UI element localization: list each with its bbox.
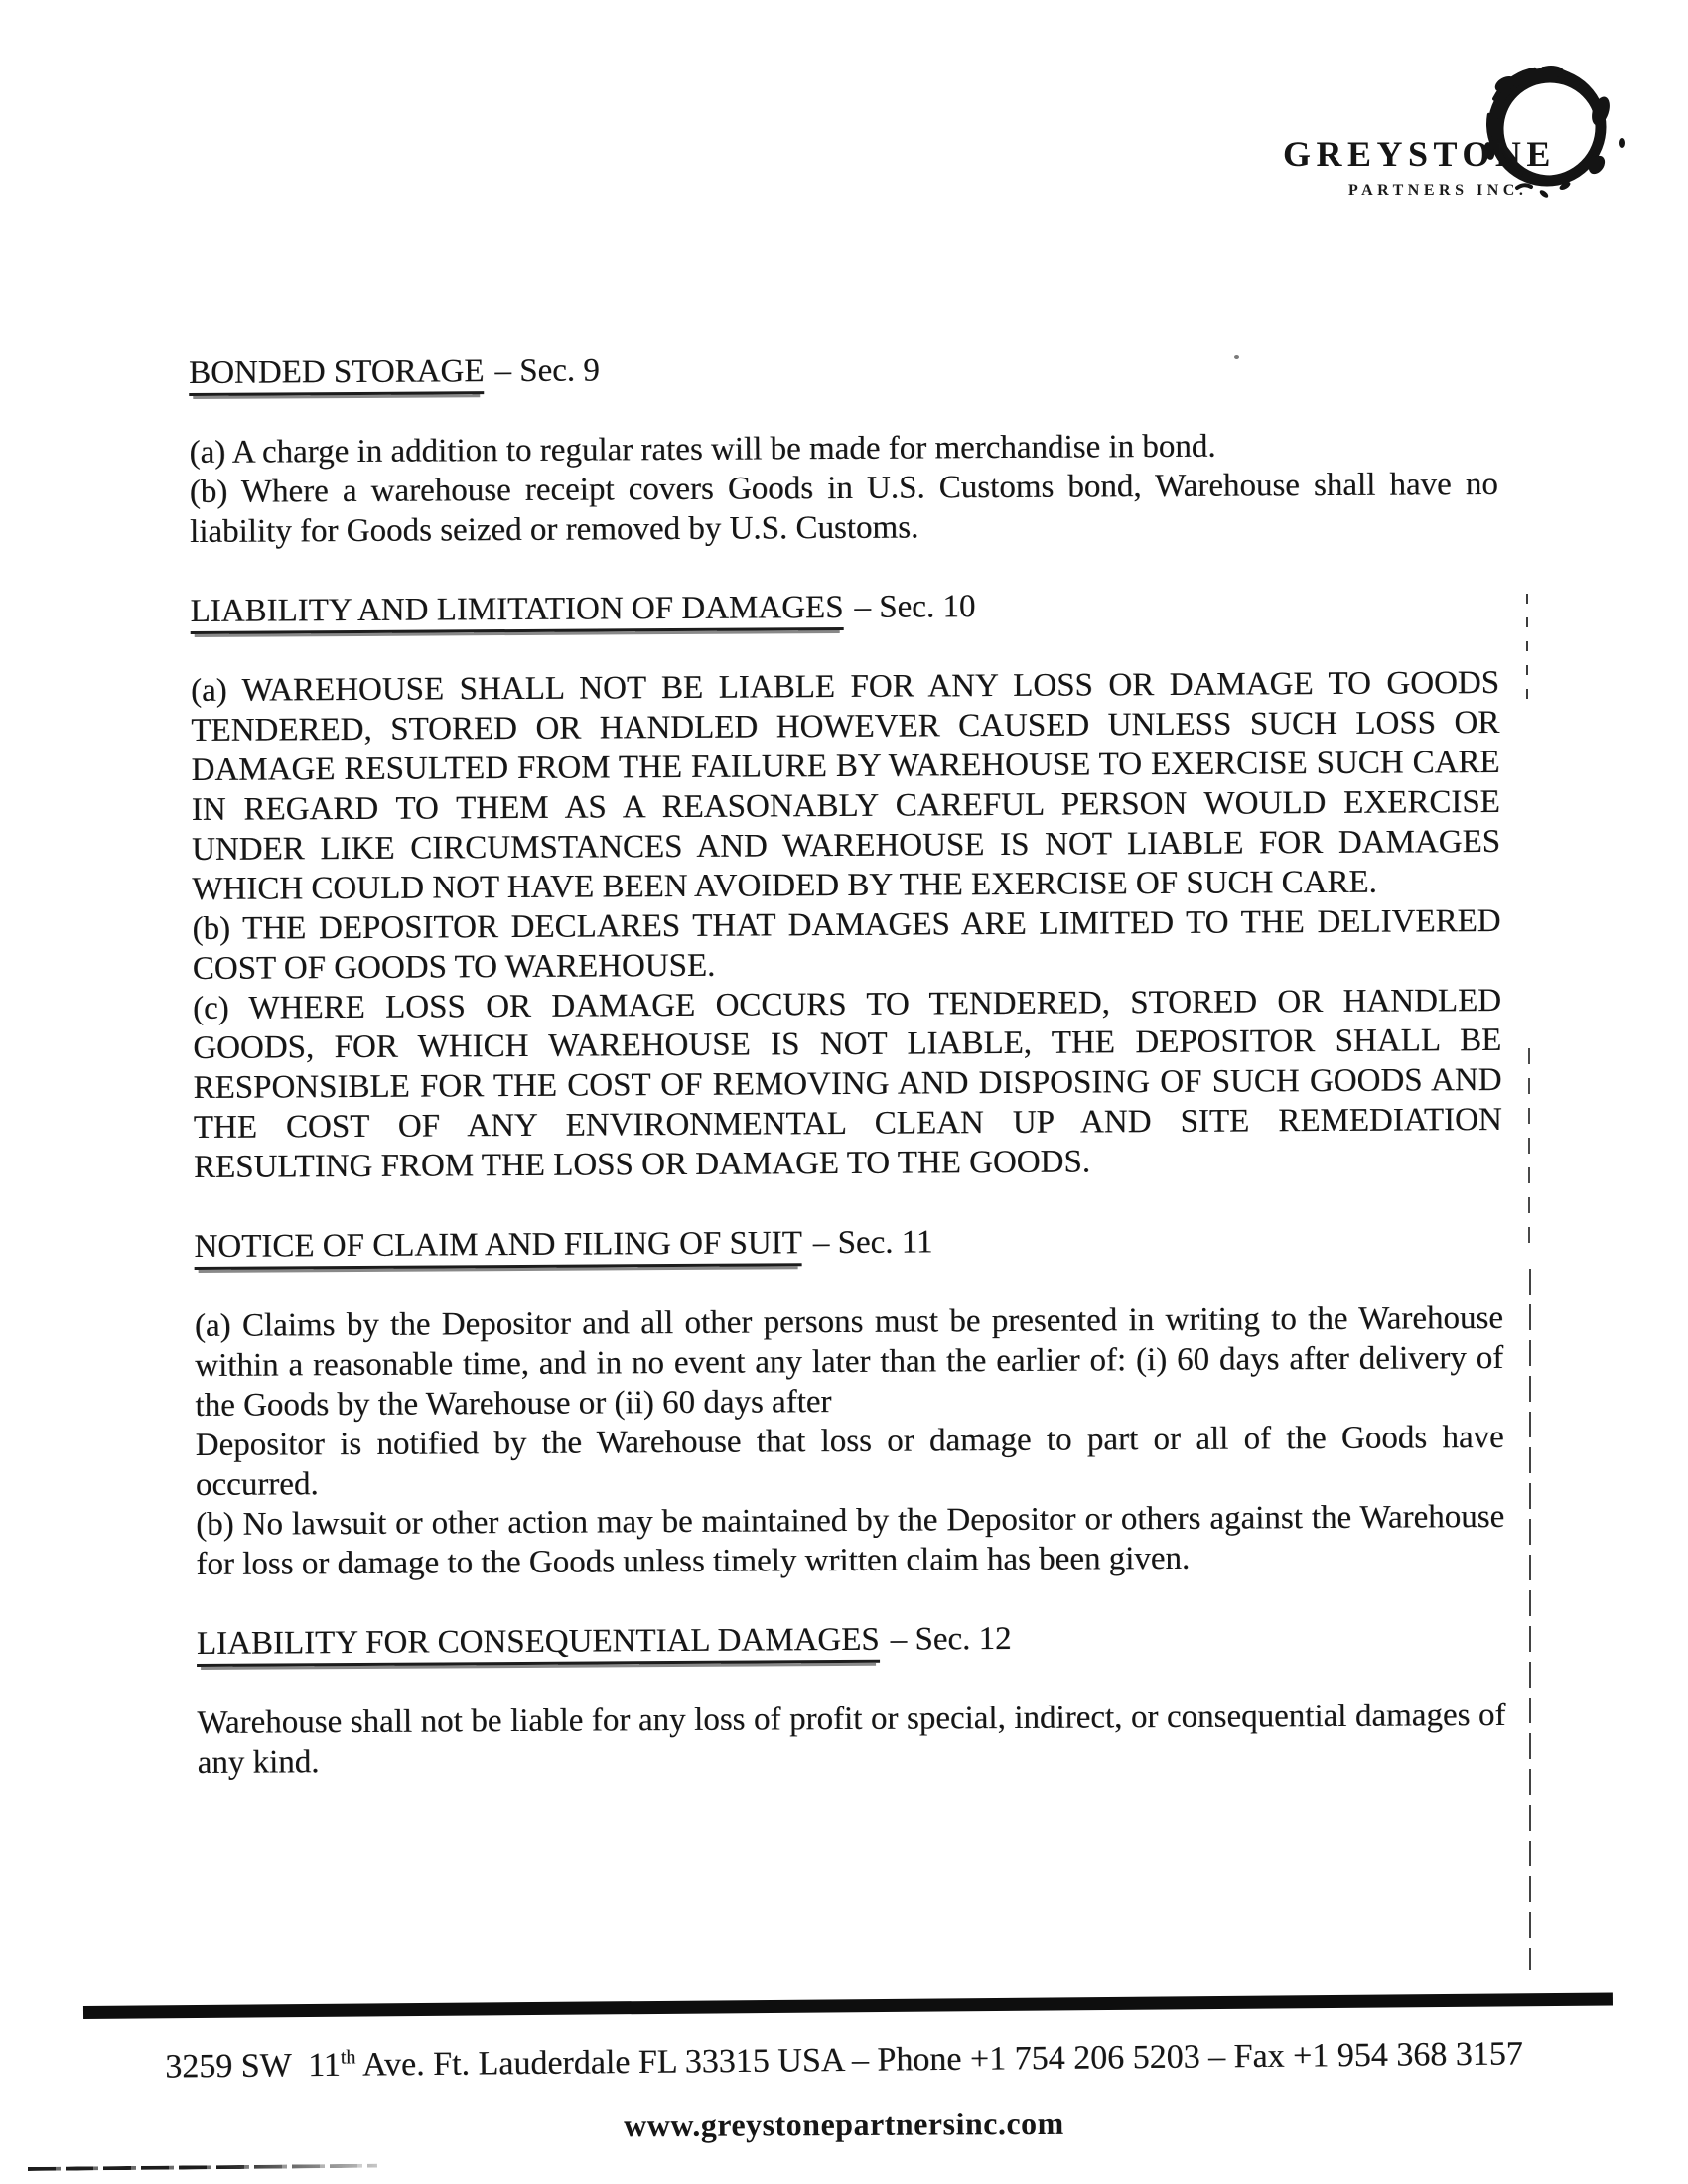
- document-page: GREYSTONE PARTNERS INC. BONDED STORAGE– …: [0, 0, 1688, 2184]
- company-logo: GREYSTONE PARTNERS INC.: [1269, 48, 1676, 226]
- heading-underlined-text: LIABILITY AND LIMITATION OF DAMAGES: [190, 590, 843, 634]
- section-number: – Sec. 12: [891, 1621, 1012, 1658]
- heading-underlined-text: BONDED STORAGE: [189, 353, 485, 396]
- document-body: BONDED STORAGE– Sec. 9 (a) A charge in a…: [189, 345, 1506, 1783]
- paragraph: (b) THE DEPOSITOR DECLARES THAT DAMAGES …: [192, 901, 1500, 989]
- paragraph: (a) Claims by the Depositor and all othe…: [195, 1298, 1504, 1426]
- paragraph: Depositor is notified by the Warehouse t…: [196, 1418, 1504, 1505]
- section-consequential-damages: LIABILITY FOR CONSEQUENTIAL DAMAGES– Sec…: [197, 1616, 1506, 1783]
- footer-website: www.greystonepartnersinc.com: [0, 2103, 1688, 2148]
- paragraph: (a) WAREHOUSE SHALL NOT BE LIABLE FOR AN…: [191, 663, 1500, 909]
- paragraph: Warehouse shall not be liable for any lo…: [197, 1696, 1505, 1783]
- logo-name-text: GREYSTONE: [1283, 134, 1556, 174]
- footer-address: 3259 SW 11th Ave. Ft. Lauderdale FL 3331…: [0, 2033, 1688, 2089]
- section-heading: LIABILITY FOR CONSEQUENTIAL DAMAGES– Sec…: [197, 1616, 1505, 1664]
- logo-tagline-text: PARTNERS INC.: [1348, 182, 1527, 199]
- heading-underlined-text: NOTICE OF CLAIM AND FILING OF SUIT: [194, 1225, 802, 1270]
- section-bonded-storage: BONDED STORAGE– Sec. 9 (a) A charge in a…: [189, 345, 1498, 552]
- address-text: Ave. Ft. Lauderdale FL 33315 USA – Phone…: [355, 2035, 1523, 2083]
- scan-artifact-vertical-line: [1528, 1048, 1530, 1245]
- paragraph: (b) No lawsuit or other action may be ma…: [196, 1497, 1504, 1584]
- section-liability-limitation: LIABILITY AND LIMITATION OF DAMAGES– Sec…: [190, 584, 1502, 1187]
- scan-artifact-speck: [1234, 355, 1239, 359]
- address-text: 3259 SW 11: [165, 2047, 341, 2086]
- paragraph: (b) Where a warehouse receipt covers Goo…: [190, 465, 1498, 552]
- section-number: – Sec. 9: [494, 352, 600, 389]
- heading-underlined-text: LIABILITY FOR CONSEQUENTIAL DAMAGES: [197, 1622, 880, 1667]
- footer-divider-bar: [83, 1993, 1613, 2019]
- address-superscript: th: [341, 2046, 356, 2068]
- scan-artifact-vertical-line: [1526, 594, 1528, 705]
- section-heading: NOTICE OF CLAIM AND FILING OF SUIT– Sec.…: [194, 1219, 1502, 1267]
- section-heading: LIABILITY AND LIMITATION OF DAMAGES– Sec…: [190, 584, 1498, 631]
- scan-artifact-bottom-line: [28, 2164, 377, 2171]
- section-notice-of-claim: NOTICE OF CLAIM AND FILING OF SUIT– Sec.…: [194, 1219, 1504, 1584]
- logo-circle-mark: [1482, 66, 1625, 199]
- paragraph: (c) WHERE LOSS OR DAMAGE OCCURS TO TENDE…: [193, 981, 1502, 1187]
- section-heading: BONDED STORAGE– Sec. 9: [189, 345, 1497, 393]
- scan-artifact-vertical-line: [1529, 1269, 1531, 1970]
- section-number: – Sec. 10: [854, 589, 975, 625]
- section-number: – Sec. 11: [813, 1224, 933, 1261]
